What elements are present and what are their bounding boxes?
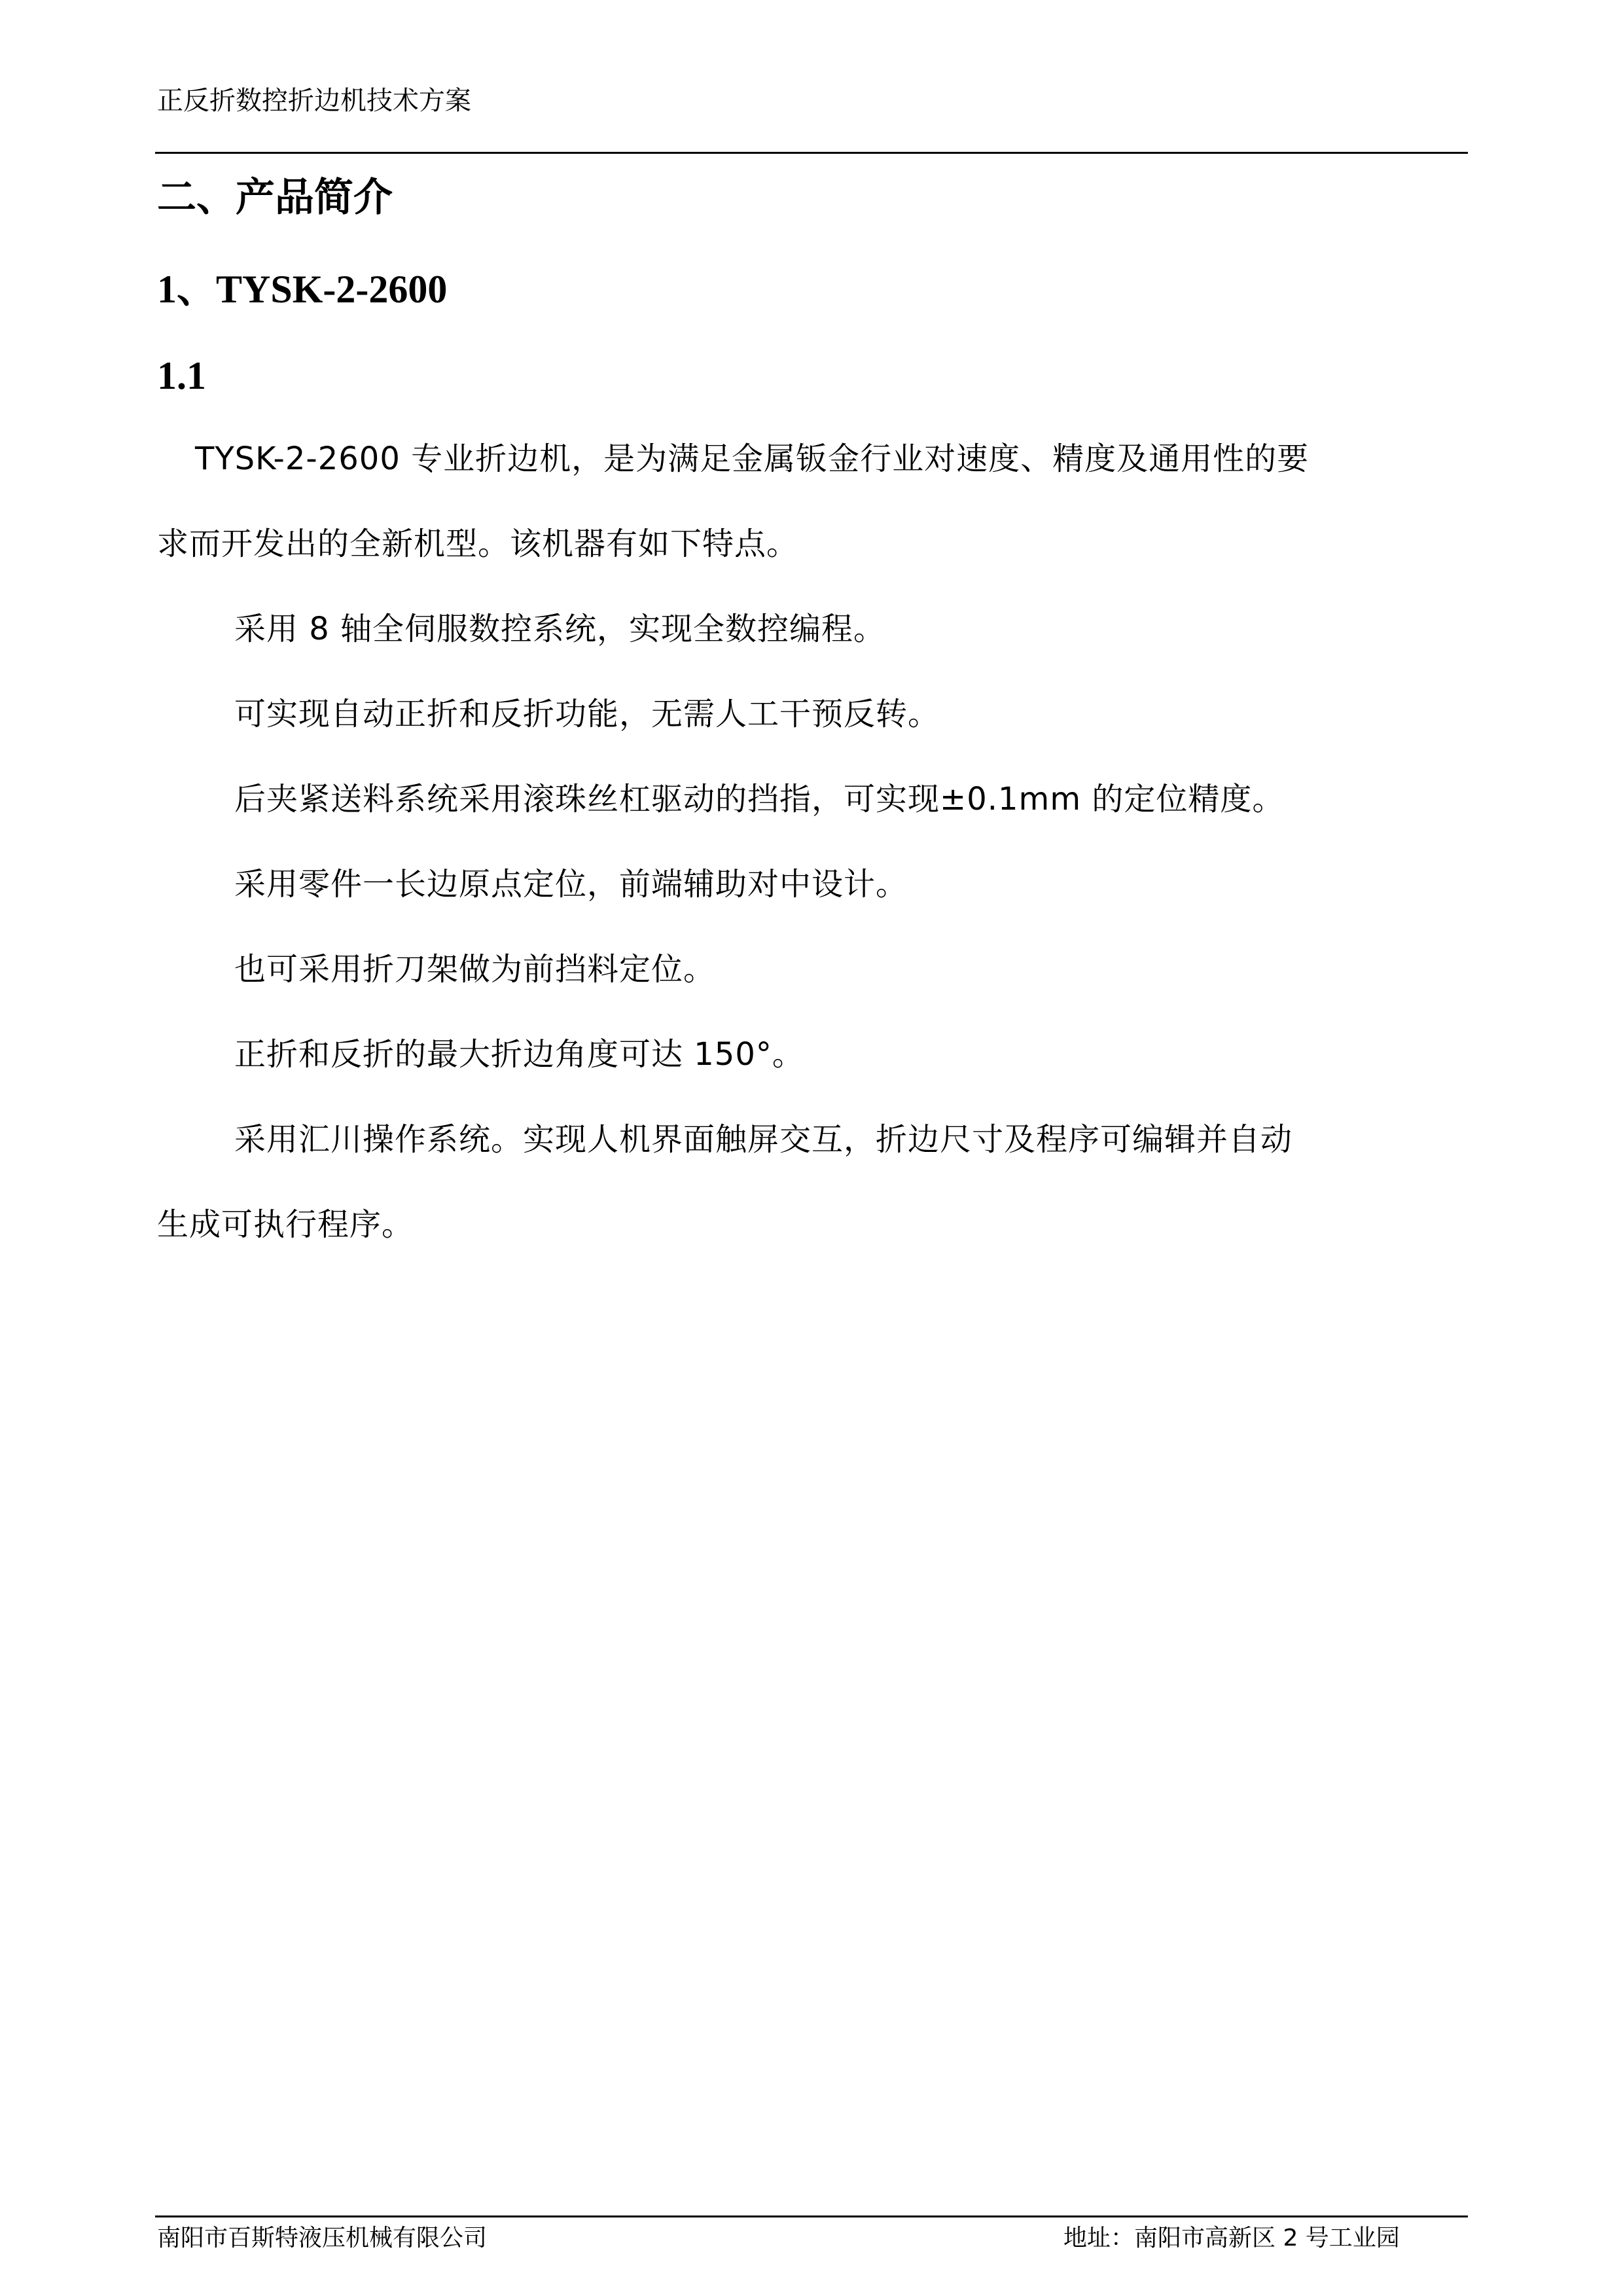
company-address: 地址：南阳市高新区 2 号工业园 — [1063, 2223, 1400, 2254]
feature-item: 采用零件一长边原点定位，前端辅助对中设计。 — [157, 842, 1472, 927]
header-divider — [155, 152, 1468, 154]
footer-divider — [155, 2215, 1468, 2217]
feature-item: 可实现自动正折和反折功能，无需人工干预反转。 — [157, 672, 1472, 757]
company-name: 南阳市百斯特液压机械有限公司 — [157, 2223, 487, 2254]
document-title: 正反折数控折边机技术方案 — [157, 84, 471, 118]
section-heading: 二、产品简介 — [157, 171, 393, 224]
feature-item: 采用汇川操作系统。实现人机界面触屏交互，折边尺寸及程序可编辑并自动 — [157, 1097, 1472, 1182]
subsection-number-heading: 1.1 — [157, 351, 206, 401]
intro-line-1: TYSK-2-2600 专业折边机，是为满足金属钣金行业对速度、精度及通用性的要 — [157, 416, 1472, 501]
feature-item-continuation: 生成可执行程序。 — [157, 1182, 1472, 1267]
product-model-heading: 1、TYSK-2-2600 — [157, 264, 447, 314]
feature-item: 后夹紧送料系统采用滚珠丝杠驱动的挡指，可实现±0.1mm 的定位精度。 — [157, 757, 1472, 842]
feature-item: 正折和反折的最大折边角度可达 150°。 — [157, 1012, 1472, 1097]
intro-line-2: 求而开发出的全新机型。该机器有如下特点。 — [157, 501, 1472, 586]
feature-item: 采用 8 轴全伺服数控系统，实现全数控编程。 — [157, 586, 1472, 672]
body-paragraphs: TYSK-2-2600 专业折边机，是为满足金属钣金行业对速度、精度及通用性的要… — [157, 416, 1472, 1267]
feature-item: 也可采用折刀架做为前挡料定位。 — [157, 927, 1472, 1012]
